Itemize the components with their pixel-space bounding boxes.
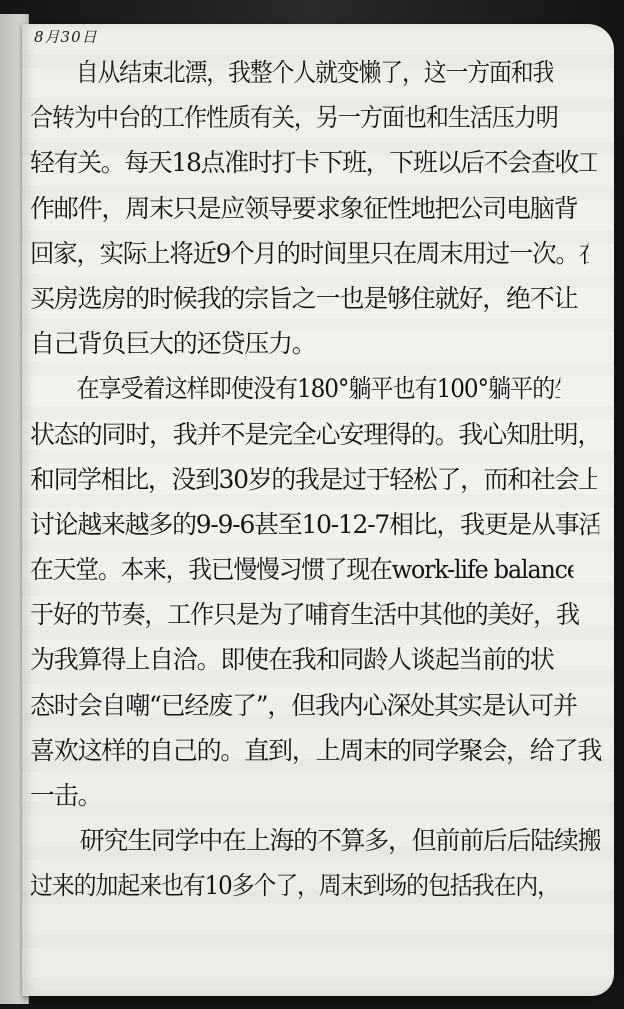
text-line: 合转为中台的工作性质有关，另一方面也和生活压力明显减 xyxy=(30,95,559,140)
text-line: 在天堂。本来，我已慢慢习惯了现在work-life balance过 xyxy=(30,547,573,592)
text-line: 作邮件，周末只是应领导要求象征性地把公司电脑背 xyxy=(30,186,602,231)
text-line: 于好的节奏，工作只是为了哺育生活中其他的美好，我以 xyxy=(30,592,580,637)
notebook-page: 8月30日 自从结束北漂，我整个人就变懒了，这一方面和我从前 合转为中台的工作性… xyxy=(22,24,614,996)
text-line: 自从结束北漂，我整个人就变懒了，这一方面和我从前 xyxy=(30,50,553,95)
entry-date: 8月30日 xyxy=(34,26,98,47)
text-line: 轻有关。每天18点准时打卡下班，下班以后不会查收工 xyxy=(30,140,597,185)
text-line: 态时会自嘲“已经废了”，但我内心深处其实是认可并 xyxy=(30,683,602,728)
text-line: 喜欢这样的自己的。直到，上周末的同学聚会，给了我 xyxy=(30,728,602,773)
handwritten-text: 自从结束北漂，我整个人就变懒了，这一方面和我从前 合转为中台的工作性质有关，另一… xyxy=(30,50,602,909)
text-line: 为我算得上自洽。即使在我和同龄人谈起当前的状 xyxy=(30,637,602,682)
text-line: 一击。 xyxy=(30,773,602,818)
text-line: 自己背负巨大的还贷压力。 xyxy=(30,321,602,366)
text-line: 讨论越来越多的9-9-6甚至10-12-7相比，我更是从事活 xyxy=(30,502,599,547)
text-line: 过来的加起来也有10多个了，周末到场的包括我在内，一共 xyxy=(30,863,555,908)
text-line: 在享受着这样即使没有180°躺平也有100°躺平的生活 xyxy=(30,366,560,411)
text-line: 状态的同时，我并不是完全心安理得的。我心知肚明， xyxy=(30,412,602,457)
text-line: 回家，实际上将近9个月的时间里只在周末用过一次。在 xyxy=(30,231,588,276)
text-line: 买房选房的时候我的宗旨之一也是够住就好，绝不让 xyxy=(30,276,602,321)
text-line: 研究生同学中在上海的不算多，但前前后后陆续搬 xyxy=(30,818,600,863)
text-line: 和同学相比，没到30岁的我是过于轻松了，而和社会上 xyxy=(30,457,597,502)
